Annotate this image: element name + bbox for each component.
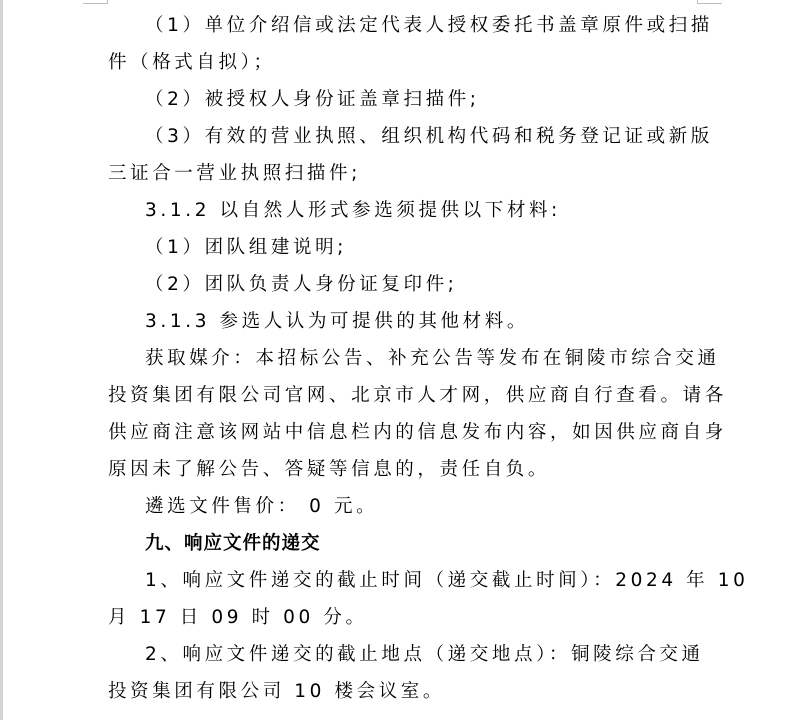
paragraph-line: 投资集团有限公司 10 楼会议室。 (108, 673, 698, 710)
page-left-edge (0, 0, 3, 720)
paragraph-line: （2）团队负责人身份证复印件; (108, 266, 698, 303)
paragraph-line: （1）团队组建说明; (108, 229, 698, 266)
paragraph-line: （2）被授权人身份证盖章扫描件; (108, 81, 698, 118)
paragraph-line: 获取媒介：本招标公告、补充公告等发布在铜陵市综合交通 (108, 340, 698, 377)
paragraph-line: 1、响应文件递交的截止时间（递交截止时间）：2024 年 10 (108, 562, 698, 599)
document-page: （1）单位介绍信或法定代表人授权委托书盖章原件或扫描 件（格式自拟）； （2）被… (108, 7, 698, 710)
paragraph-line: 三证合一营业执照扫描件; (108, 155, 698, 192)
paragraph-line: 3.1.3 参选人认为可提供的其他材料。 (108, 303, 698, 340)
paragraph-line: 供应商注意该网站中信息栏内的信息发布内容，如因供应商自身 (108, 414, 698, 451)
margin-crop-mark-right (697, 0, 722, 4)
paragraph-line: 原因未了解公告、答疑等信息的，责任自负。 (108, 451, 698, 488)
paragraph-line: 月 17 日 09 时 00 分。 (108, 599, 698, 636)
paragraph-line: （1）单位介绍信或法定代表人授权委托书盖章原件或扫描 (108, 7, 698, 44)
paragraph-line: 遴选文件售价： 0 元。 (108, 488, 698, 525)
paragraph-line: 2、响应文件递交的截止地点（递交地点）：铜陵综合交通 (108, 636, 698, 673)
margin-crop-mark-left (83, 0, 108, 4)
paragraph-line: 3.1.2 以自然人形式参选须提供以下材料: (108, 192, 698, 229)
section-heading: 九、响应文件的递交 (108, 525, 698, 562)
paragraph-line: （3）有效的营业执照、组织机构代码和税务登记证或新版 (108, 118, 698, 155)
paragraph-line: 投资集团有限公司官网、北京市人才网，供应商自行查看。请各 (108, 377, 698, 414)
paragraph-line: 件（格式自拟）； (108, 44, 698, 81)
